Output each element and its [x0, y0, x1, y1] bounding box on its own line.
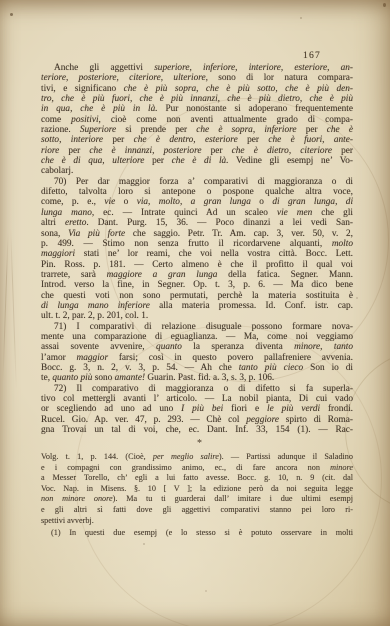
- text-line: tro, che è più fuori, che è più innanzi,…: [41, 94, 353, 104]
- text-line: l’amor maggior farsi; così in questo pov…: [41, 353, 353, 363]
- ink-speck: [356, 297, 358, 299]
- text-line: (1) In questi due esempj (e lo stesso si…: [41, 528, 353, 539]
- text-line: difetto, talvolta loro si antepone o pos…: [41, 187, 353, 197]
- text-line: ult. t. 2, par. 2, p. 201, col. 1.: [41, 311, 353, 321]
- main-text: Anche gli aggettivi superiore, inferiore…: [41, 63, 353, 435]
- text-line: Voc. Nap. in Misens. §. 10 [ V ]; la edi…: [41, 484, 353, 495]
- text-line: non minore onore). Ma tu ti guarderai da…: [41, 494, 353, 505]
- text-line: come positivi, cioè come non aventi attu…: [41, 115, 353, 125]
- para-intro: Anche gli aggettivi superiore, inferiore…: [41, 63, 353, 177]
- text-line: come, p. e., vie o via, molto, a gran lu…: [41, 197, 353, 207]
- para-72: 72) Il comparativo di maggioranza o di d…: [41, 384, 353, 436]
- text-line: 70) Per dar maggior forza a’ comparativi…: [41, 177, 353, 187]
- footnote: Volg. t. 1, p. 144. (Cioè, per meglio sa…: [41, 452, 353, 539]
- text-line: che questi voti non sono permutati, perc…: [41, 291, 353, 301]
- text-line: a Messer Torello, ch’ egli a lui fatto a…: [41, 473, 353, 484]
- text-line: assai sovente avvenire, quanto la speran…: [41, 342, 353, 352]
- text-line: teriore, posteriore, citeriore, ulterior…: [41, 73, 353, 83]
- para-70: 70) Per dar maggior forza a’ comparativi…: [41, 177, 353, 322]
- text-line: Bocc. g. 3, n. 2, v. 3, p. 54. — Ah che …: [41, 363, 353, 373]
- footnote-separator: *: [197, 438, 202, 449]
- text-line: or scegliendo ad uno ad uno I più bei fi…: [41, 404, 353, 414]
- book-page: 167 Anche gli aggettivi superiore, infer…: [0, 0, 390, 626]
- text-line: Anche gli aggettivi superiore, inferiore…: [41, 63, 353, 73]
- text-line: altri eretto. Dant. Purg. 15, 36. — Poco…: [41, 218, 353, 228]
- ink-speck: [143, 543, 145, 545]
- text-line: sotto, interiore per che è dentro, ester…: [41, 135, 353, 145]
- text-line: che è di qua, ulteriore per che è di là.…: [41, 156, 353, 166]
- text-line: riore per che è innanzi, posteriore per …: [41, 146, 353, 156]
- text-line: cabolarj.: [41, 166, 353, 176]
- text-line: in qua, che è più in là. Pur nonostante …: [41, 104, 353, 114]
- ink-speck: [383, 3, 386, 7]
- page-number: 167: [303, 50, 321, 61]
- text-line: 72) Il comparativo di maggioranza o di d…: [41, 384, 353, 394]
- text-line: maggiori stati ne’ lor reami, che voi ne…: [41, 249, 353, 259]
- footnote-1: (1) In questi due esempj (e lo stesso si…: [41, 528, 353, 539]
- footnote-continuation: Volg. t. 1, p. 144. (Cioè, per meglio sa…: [41, 452, 353, 526]
- text-line: lunga mano, ec. — Intrate quinci Ad un s…: [41, 208, 353, 218]
- text-line: mente una comparazione di eguaglianza. —…: [41, 332, 353, 342]
- text-line: 71) I comparativi di relazione disuguale…: [41, 322, 353, 332]
- text-line: e i compagni con grandissimo animo, ec.,…: [41, 463, 353, 474]
- text-line: gna Trovai un tal di voi, che, ec. Dant.…: [41, 425, 353, 435]
- text-line: Volg. t. 1, p. 144. (Cioè, per meglio sa…: [41, 452, 353, 463]
- para-71: 71) I comparativi di relazione disuguale…: [41, 322, 353, 384]
- page-crease-2: [10, 228, 17, 390]
- text-line: Rucel. Gio. Ap. ver. 47, p. 293. — Chè c…: [41, 415, 353, 425]
- ink-speck: [205, 590, 207, 592]
- text-line: trarrete, sarà maggiore a gran lunga del…: [41, 270, 353, 280]
- text-line: Pin. Ross. p. 181. — Certo almeno è che …: [41, 260, 353, 270]
- text-line: Introd. verso la fine, in Segner. Op. t.…: [41, 280, 353, 290]
- text-line: sona, Via più forte che saggio. Petr. Tr…: [41, 229, 353, 239]
- text-line: p. 499. — Stimo non senza frutto il rico…: [41, 239, 353, 249]
- text-line: di lunga mano inferiore alla materia pro…: [41, 301, 353, 311]
- text-line: te, quanto più sono amante! Guarin. Past…: [41, 373, 353, 383]
- text-line: razione. Superiore si prende per che è s…: [41, 125, 353, 135]
- text-line: tivi, e significano che è più sopra, che…: [41, 84, 353, 94]
- page-crease-1: [2, 232, 8, 382]
- text-line: e gli altri sì fatti dove gli aggettivi …: [41, 505, 353, 516]
- text-line: spettivi avverbj.: [41, 516, 353, 527]
- ink-speck: [300, 17, 302, 19]
- text-line: tivo col mettergli avanti l’ articolo. —…: [41, 394, 353, 404]
- ink-speck: [10, 13, 13, 16]
